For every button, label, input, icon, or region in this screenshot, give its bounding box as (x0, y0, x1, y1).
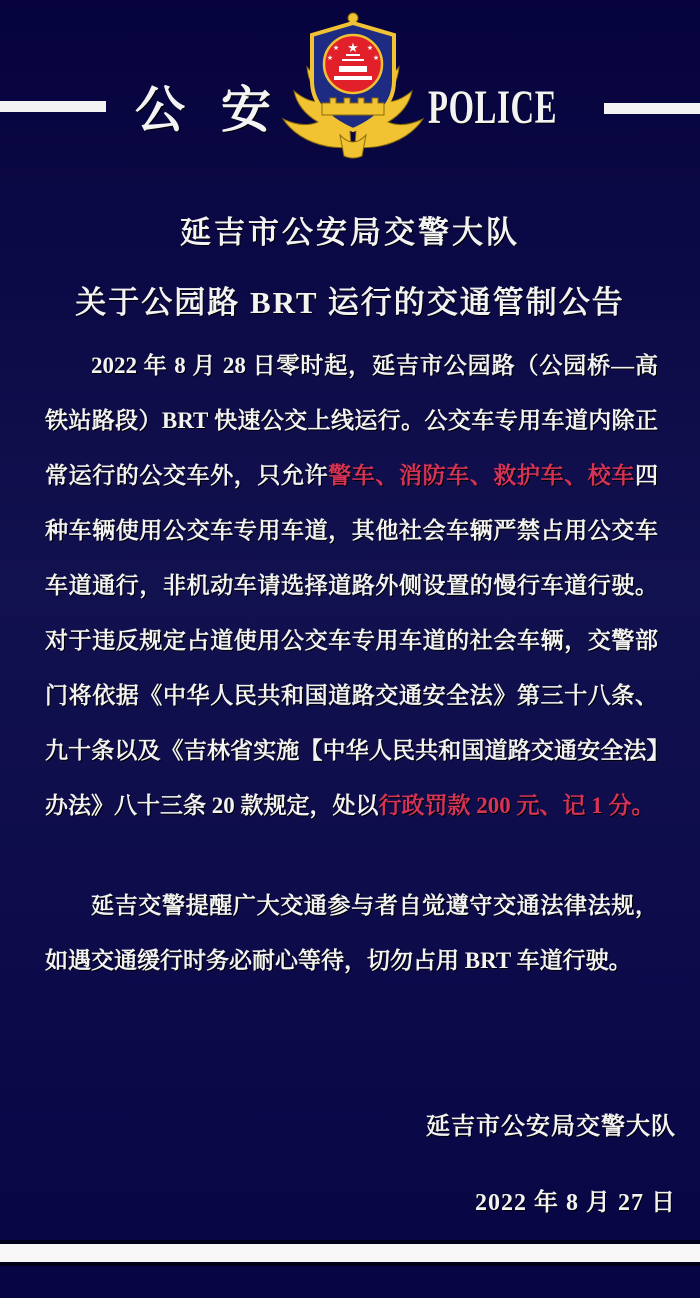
star-icon: ★ (373, 54, 379, 62)
star-icon: ★ (333, 44, 339, 52)
highlighted-text: 警车、消防车、救护车、校车 (328, 463, 635, 488)
bottom-divider (0, 1240, 700, 1266)
header-rule-left (0, 101, 106, 112)
star-icon: ★ (367, 44, 373, 52)
star-icon: ★ (327, 54, 333, 62)
police-badge-icon: ★ ★ ★ ★ ★ (278, 8, 428, 160)
notice-title: 关于公园路 BRT 运行的交通管制公告 (0, 277, 700, 322)
header-rule-right (604, 103, 700, 114)
body-text: 延吉交警提醒广大交通参与者自觉遵守交通法律法规，如遇交通缓行时务必耐心等待，切勿… (45, 893, 658, 973)
paragraph: 延吉交警提醒广大交通参与者自觉遵守交通法律法规，如遇交通缓行时务必耐心等待，切勿… (45, 878, 658, 988)
highlighted-text: 行政罚款 200 元、记 1 分。 (379, 793, 655, 818)
issuer-title: 延吉市公安局交警大队 (0, 207, 700, 252)
signature-text: 延吉市公安局交警大队 (426, 1106, 676, 1141)
star-icon: ★ (347, 41, 359, 56)
date-text: 2022 年 8 月 27 日 (475, 1182, 676, 1217)
body-text: 四种车辆使用公交车专用车道，其他社会车辆严禁占用公交车车道通行，非机动车请选择道… (45, 463, 658, 818)
body-paragraphs: 2022 年 8 月 28 日零时起，延吉市公园路（公园桥—高铁站路段）BRT … (45, 338, 658, 1033)
police-notice-poster: 公安 ★ ★ ★ ★ ★ POLICE 延吉市公安局交警大队 关于公园路 BRT… (0, 0, 700, 1298)
header-right-label: POLICE (428, 80, 557, 135)
paragraph: 2022 年 8 月 28 日零时起，延吉市公园路（公园桥—高铁站路段）BRT … (45, 338, 658, 833)
